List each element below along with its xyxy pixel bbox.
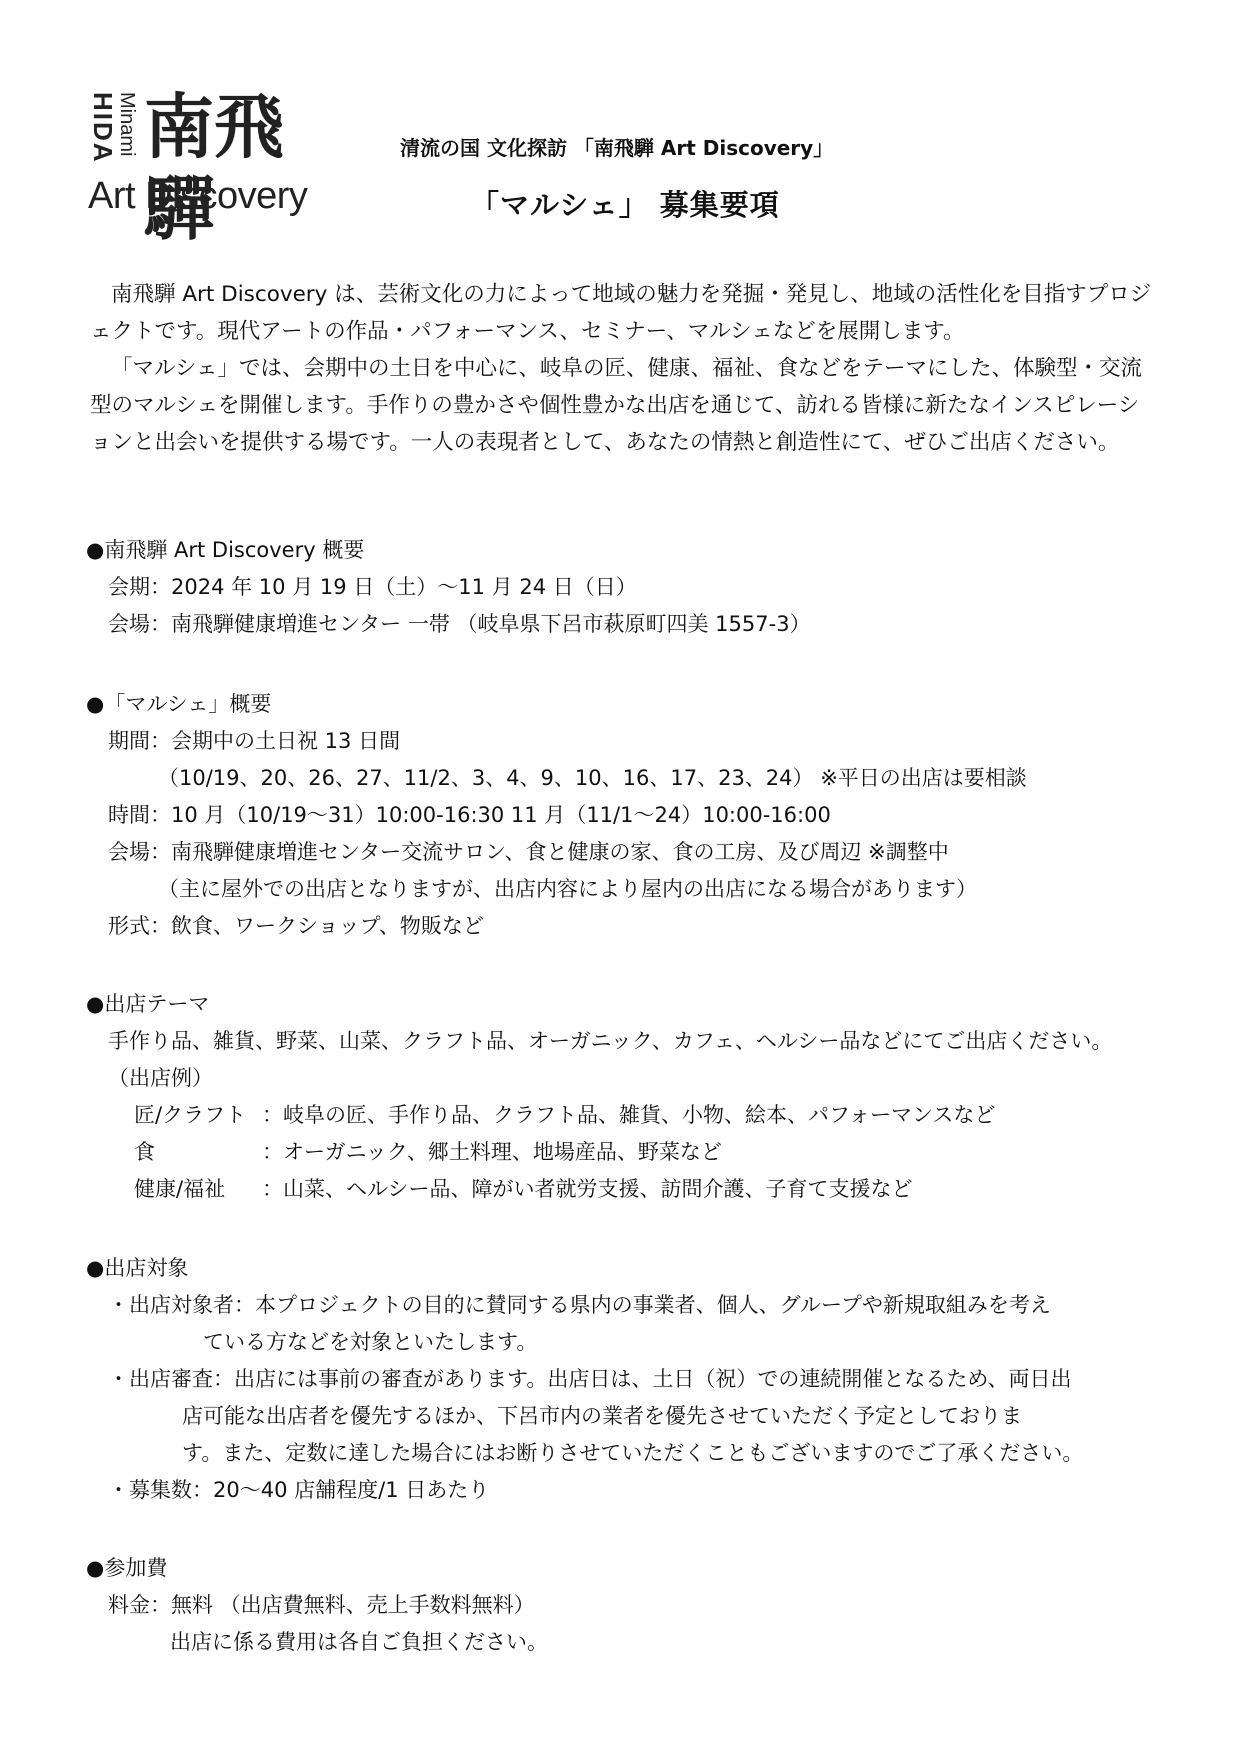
section-heading: ●南飛騨 Art Discovery 概要 xyxy=(86,532,1186,569)
overview-venue: 会場：南飛騨健康増進センター 一帯 （岐阜県下呂市萩原町四美 1557-3） xyxy=(86,606,1186,643)
theme-example-row: 食 ：オーガニック、郷土料理、地場産品、野菜など xyxy=(86,1134,1186,1171)
target-count: ・募集数：20～40 店舗程度/1 日あたり xyxy=(86,1472,1186,1509)
target-review-text: 出店には事前の審査があります。出店日は、土日（祝）での連続開催となるため、両日出 xyxy=(234,1361,1071,1398)
target-review-label: ・出店審査： xyxy=(108,1361,234,1398)
section-heading: ●出店テーマ xyxy=(86,986,1186,1023)
logo-hida: HIDA xyxy=(92,92,114,164)
theme-example-row: 匠/クラフト ：岐阜の匠、手作り品、クラフト品、雑貨、小物、絵本、パフォーマンス… xyxy=(86,1097,1186,1134)
theme-text: 手作り品、雑貨、野菜、山菜、クラフト品、オーガニック、カフェ、ヘルシー品などにて… xyxy=(86,1023,1186,1060)
document-title: 「マルシェ」 募集要項 xyxy=(470,183,780,224)
theme-example-row: 健康/福祉 ：山菜、ヘルシー品、障がい者就労支援、訪問介護、子育て支援など xyxy=(86,1171,1186,1208)
logo-vertical-text: HIDA Minami xyxy=(88,92,144,172)
marche-period: 期間：会期中の土日祝 13 日間 xyxy=(86,723,1186,760)
section-theme: ●出店テーマ 手作り品、雑貨、野菜、山菜、クラフト品、オーガニック、カフェ、ヘル… xyxy=(86,986,1186,1208)
fee-line: 料金：無料 （出店費無料、売上手数料無料） xyxy=(86,1587,1186,1624)
section-overview: ●南飛騨 Art Discovery 概要 会期：2024 年 10 月 19 … xyxy=(86,532,1186,643)
target-who: ・出店対象者： 本プロジェクトの目的に賛同する県内の事業者、個人、グループや新規… xyxy=(86,1287,1186,1324)
fee-note: 出店に係る費用は各自ご負担ください。 xyxy=(86,1624,1186,1661)
section-target: ●出店対象 ・出店対象者： 本プロジェクトの目的に賛同する県内の事業者、個人、グ… xyxy=(86,1250,1186,1509)
logo: HIDA Minami 南飛驒 Art Discovery xyxy=(88,92,333,220)
example-label: 健康/福祉 xyxy=(134,1171,262,1208)
section-fee: ●参加費 料金：無料 （出店費無料、売上手数料無料） 出店に係る費用は各自ご負担… xyxy=(86,1550,1186,1661)
target-who-text: 本プロジェクトの目的に賛同する県内の事業者、個人、グループや新規取組みを考え xyxy=(255,1287,1051,1324)
marche-format: 形式：飲食、ワークショップ、物販など xyxy=(86,908,1186,945)
intro-paragraph: 南飛騨 Art Discovery は、芸術文化の力によって地域の魅力を発掘・発… xyxy=(90,276,1160,350)
document-subtitle: 清流の国 文化探訪 「南飛騨 Art Discovery」 xyxy=(400,132,833,161)
example-value: ：オーガニック、郷土料理、地場産品、野菜など xyxy=(262,1134,722,1171)
logo-brand: Art Discovery xyxy=(88,176,307,216)
example-label: 食 xyxy=(134,1134,262,1171)
theme-examples-label: （出店例） xyxy=(86,1060,1186,1097)
logo-minami: Minami xyxy=(116,92,138,156)
example-label: 匠/クラフト xyxy=(134,1097,262,1134)
section-heading: ●出店対象 xyxy=(86,1250,1186,1287)
marche-venue-note: （主に屋外での出店となりますが、出店内容により屋内の出店になる場合があります） xyxy=(86,871,1186,908)
target-review-text-cont: す。また、定数に達した場合にはお断りさせていただくこともございますのでご了承くだ… xyxy=(86,1435,1186,1472)
overview-period: 会期：2024 年 10 月 19 日（土）～11 月 24 日（日） xyxy=(86,569,1186,606)
target-who-label: ・出店対象者： xyxy=(108,1287,255,1324)
marche-venue: 会場：南飛騨健康増進センター交流サロン、食と健康の家、食の工房、及び周辺 ※調整… xyxy=(86,834,1186,871)
intro: 南飛騨 Art Discovery は、芸術文化の力によって地域の魅力を発掘・発… xyxy=(90,276,1160,461)
intro-paragraph: 「マルシェ」では、会期中の土日を中心に、岐阜の匠、健康、福祉、食などをテーマにし… xyxy=(90,350,1160,461)
target-review-text-cont: 店可能な出店者を優先するほか、下呂市内の業者を優先させていただく予定としておりま xyxy=(86,1398,1186,1435)
target-who-text-cont: ている方などを対象といたします。 xyxy=(86,1324,1186,1361)
target-review: ・出店審査： 出店には事前の審査があります。出店日は、土日（祝）での連続開催とな… xyxy=(86,1361,1186,1398)
logo-kanji: 南飛驒 xyxy=(144,86,333,250)
section-marche: ●「マルシェ」概要 期間：会期中の土日祝 13 日間 （10/19、20、26、… xyxy=(86,686,1186,945)
marche-dates: （10/19、20、26、27、11/2、3、4、9、10、16、17、23、2… xyxy=(86,760,1186,797)
section-heading: ●「マルシェ」概要 xyxy=(86,686,1186,723)
example-value: ：岐阜の匠、手作り品、クラフト品、雑貨、小物、絵本、パフォーマンスなど xyxy=(262,1097,995,1134)
example-value: ：山菜、ヘルシー品、障がい者就労支援、訪問介護、子育て支援など xyxy=(262,1171,912,1208)
section-heading: ●参加費 xyxy=(86,1550,1186,1587)
marche-time: 時間：10 月（10/19～31）10:00-16:30 11 月（11/1～2… xyxy=(86,797,1186,834)
